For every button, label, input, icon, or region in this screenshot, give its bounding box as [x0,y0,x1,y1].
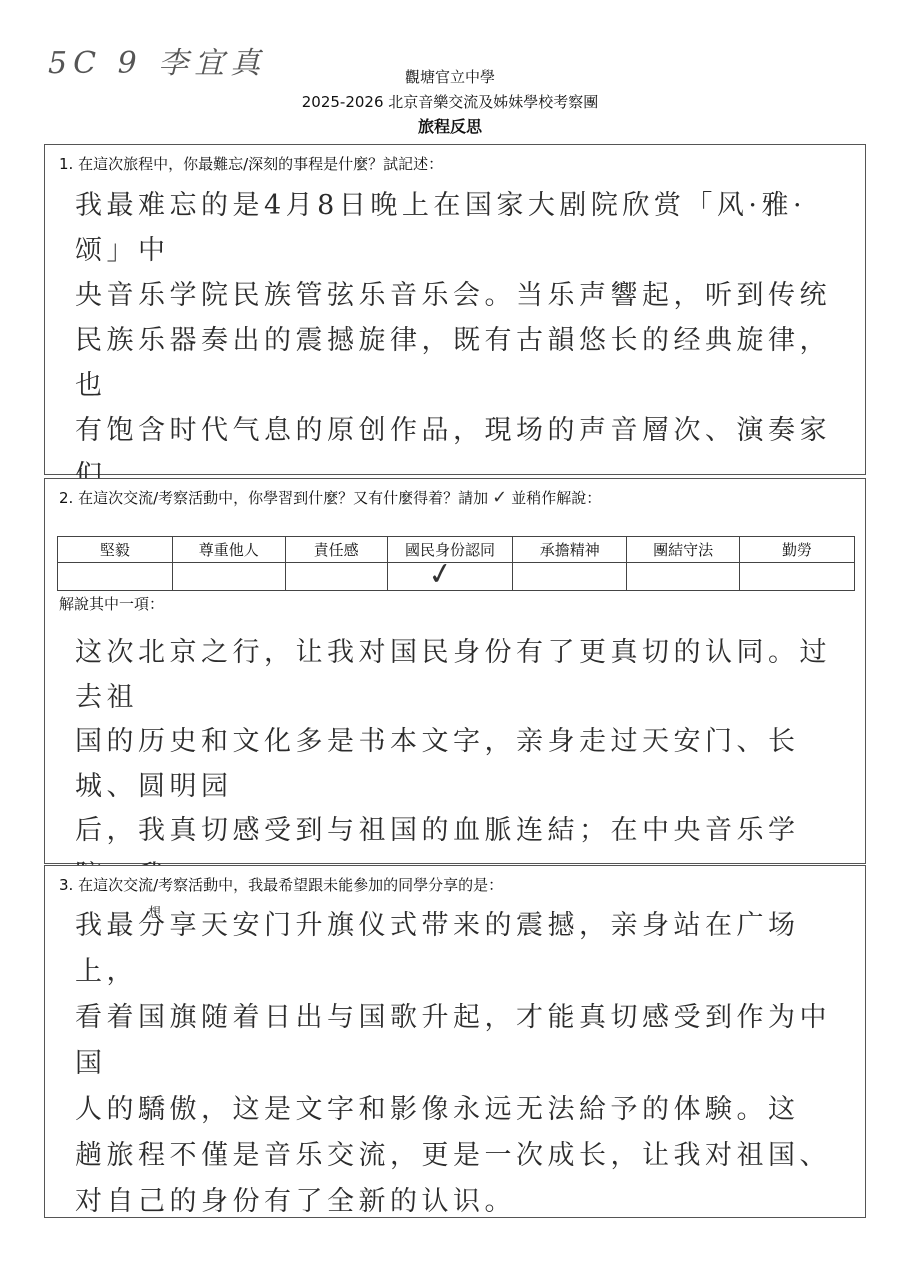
answer-line: 对自己的身份有了全新的认识。 [75,1179,847,1225]
question-1-prompt: 1. 在這次旅程中，你最難忘/深刻的事程是什麼？試記述： [59,153,443,174]
question-2-box: 2. 在這次交流/考察活動中，你學習到什麼？又有什麼得着？請加✓並稍作解說： 堅… [44,478,866,864]
question-2-prompt: 2. 在這次交流/考察活動中，你學習到什麼？又有什麼得着？請加✓並稍作解說： [59,487,601,508]
value-check-responsibility[interactable] [285,563,387,591]
page-title: 旅程反思 [0,114,900,137]
value-check-diligence[interactable] [740,563,855,591]
value-header-commitment: 承擔精神 [513,537,627,563]
values-checklist-table: 堅毅 尊重他人 責任感 國民身份認同 承擔精神 團結守法 勤勞 ✓ [57,536,855,591]
question-3-answer[interactable]: 我最分享天安门升旗仪式带来的震撼，亲身站在广场上， 看着国旗随着日出与国歌升起，… [75,903,847,1225]
value-header-law-abiding: 團結守法 [627,537,740,563]
answer-line: 央音乐学院民族管弦乐音乐会。当乐声響起，听到传统 [75,273,847,318]
school-name: 觀塘官立中學 [0,66,900,87]
value-check-law-abiding[interactable] [627,563,740,591]
trip-subtitle: 2025-2026 北京音樂交流及姊妹學校考察團 [0,91,900,112]
answer-line: 我最分享天安门升旗仪式带来的震撼，亲身站在广场上， [75,903,847,995]
question-1-box: 1. 在這次旅程中，你最難忘/深刻的事程是什麼？試記述： 我最难忘的是4月8日晚… [44,144,866,475]
answer-line: 看着国旗随着日出与国歌升起，才能真切感受到作为中国 [75,995,847,1087]
question-2-prefix: 2. 在這次交流/考察活動中，你學習到什麼？又有什麼得着？請加 [59,489,488,507]
answer-line: 趟旅程不僅是音乐交流，更是一次成长，让我对祖国、 [75,1133,847,1179]
value-header-diligence: 勤勞 [740,537,855,563]
value-check-national-identity[interactable]: ✓ [387,563,513,591]
question-3-box: 3. 在這次交流/考察活動中，我最希望跟未能參加的同學分享的是： 想 我最分享天… [44,865,866,1218]
answer-line: 民族乐器奏出的震撼旋律，既有古韻悠长的经典旋律，也 [75,318,847,408]
answer-line: 国的历史和文化多是书本文字，亲身走过天安门、长城、圆明园 [75,720,847,809]
question-3-prompt: 3. 在這次交流/考察活動中，我最希望跟未能參加的同學分享的是： [59,874,503,895]
answer-line: 人的驕傲，这是文字和影像永远无法給予的体験。这 [75,1087,847,1133]
check-icon: ✓ [492,487,507,508]
check-mark-icon: ✓ [425,555,456,594]
value-header-perseverance: 堅毅 [58,537,173,563]
question-2-suffix: 並稍作解說： [511,489,601,507]
value-check-commitment[interactable] [513,563,627,591]
explain-label: 解說其中一項： [59,593,164,614]
value-header-responsibility: 責任感 [285,537,387,563]
value-check-perseverance[interactable] [58,563,173,591]
value-check-respect[interactable] [172,563,285,591]
value-header-respect: 尊重他人 [172,537,285,563]
answer-line: 这次北京之行，让我对国民身份有了更真切的认同。过去祖 [75,631,847,720]
answer-line: 我最难忘的是4月8日晚上在国家大剧院欣赏「风·雅·颂」中 [75,183,847,273]
